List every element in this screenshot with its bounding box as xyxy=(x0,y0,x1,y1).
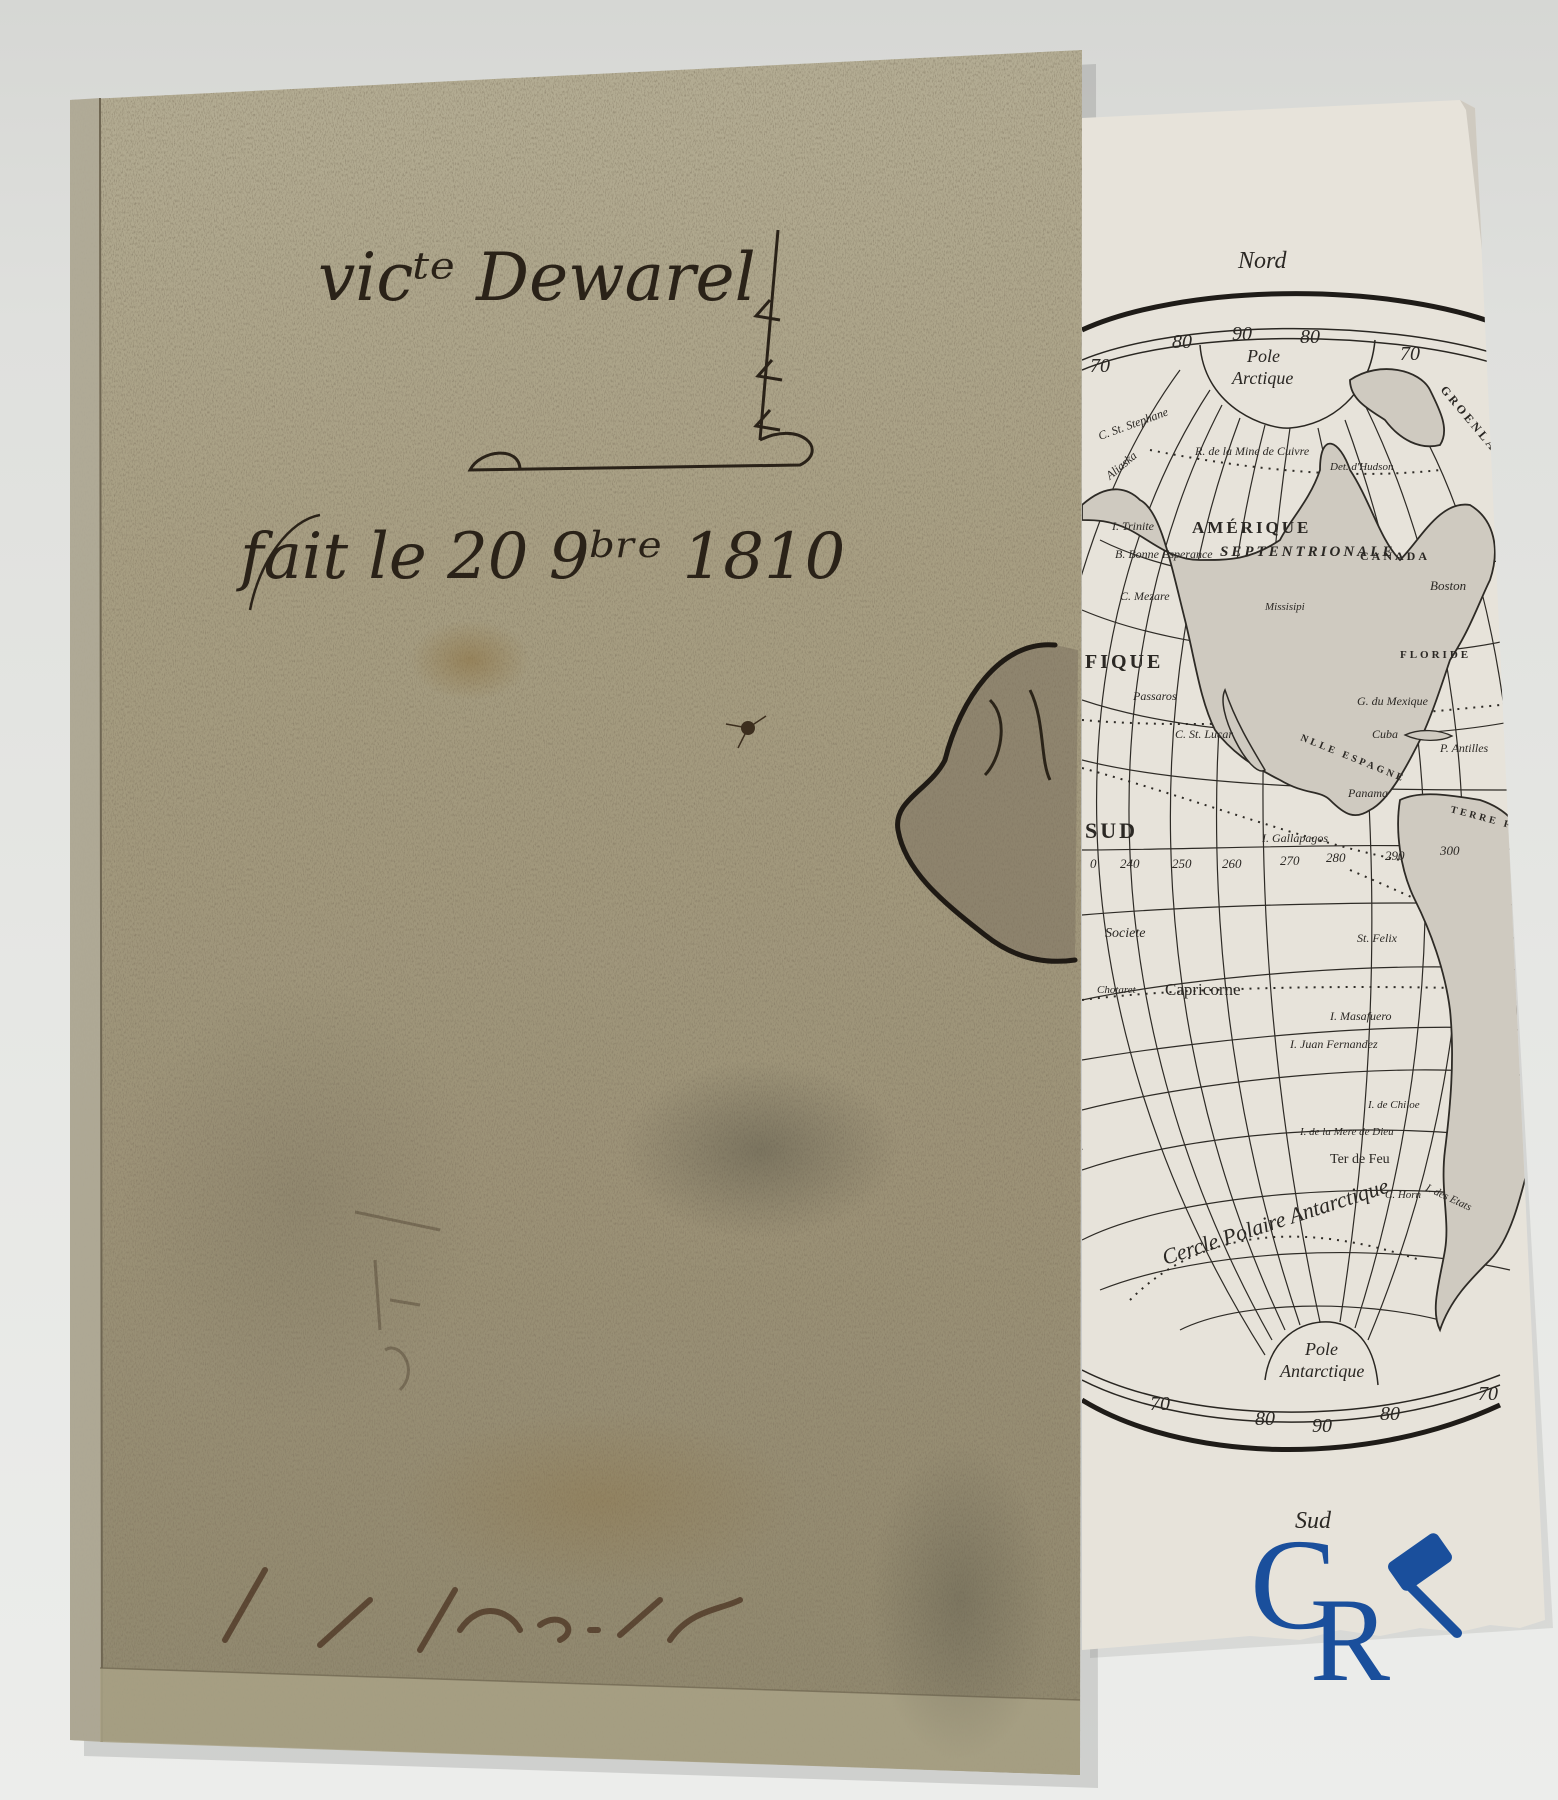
svg-text:G. du Mexique: G. du Mexique xyxy=(1357,694,1429,708)
auction-logo: C R xyxy=(1250,1520,1480,1700)
svg-text:70: 70 xyxy=(1400,343,1420,365)
svg-text:Capricorne: Capricorne xyxy=(1165,980,1241,999)
svg-text:Panama: Panama xyxy=(1347,786,1388,800)
svg-text:Passaros: Passaros xyxy=(1132,689,1177,703)
svg-text:Pole: Pole xyxy=(1246,346,1280,366)
svg-text:80: 80 xyxy=(1172,331,1192,353)
gavel-icon xyxy=(1386,1531,1464,1640)
svg-text:260: 260 xyxy=(1222,856,1242,871)
svg-text:Antarctique: Antarctique xyxy=(1279,1361,1364,1381)
svg-text:280: 280 xyxy=(1326,850,1346,865)
svg-text:R. de la Mine de Cuivre: R. de la Mine de Cuivre xyxy=(1194,444,1310,458)
svg-text:B. Bonne Esperance: B. Bonne Esperance xyxy=(1115,547,1213,561)
svg-text:C. St. Lucar: C. St. Lucar xyxy=(1175,727,1233,741)
svg-text:P. Antilles: P. Antilles xyxy=(1439,741,1489,755)
svg-text:FLORIDE: FLORIDE xyxy=(1400,649,1471,661)
svg-text:70: 70 xyxy=(1090,355,1110,377)
svg-text:240: 240 xyxy=(1120,856,1140,871)
svg-text:300: 300 xyxy=(1439,843,1460,858)
svg-text:80: 80 xyxy=(1380,1403,1400,1425)
svg-text:0: 0 xyxy=(1090,856,1097,871)
svg-text:290: 290 xyxy=(1385,848,1405,863)
svg-text:I. Masafuero: I. Masafuero xyxy=(1329,1009,1392,1023)
svg-text:Cuba: Cuba xyxy=(1372,727,1398,741)
svg-text:Ter de Feu: Ter de Feu xyxy=(1330,1152,1390,1167)
svg-text:FIQUE: FIQUE xyxy=(1085,651,1163,673)
svg-text:Chotaret: Chotaret xyxy=(1097,984,1137,996)
svg-text:C. Horn: C. Horn xyxy=(1385,1189,1422,1201)
svg-text:270: 270 xyxy=(1280,853,1300,868)
svg-text:SUD: SUD xyxy=(1085,818,1138,843)
svg-text:CANADA: CANADA xyxy=(1360,549,1430,563)
svg-text:I. de la Mere de Dieu: I. de la Mere de Dieu xyxy=(1299,1126,1394,1138)
svg-text:70: 70 xyxy=(1478,1383,1498,1405)
svg-text:80: 80 xyxy=(1255,1408,1275,1430)
svg-text:I. Trinite: I. Trinite xyxy=(1111,519,1155,533)
svg-text:70: 70 xyxy=(1150,1393,1170,1415)
svg-text:250: 250 xyxy=(1172,856,1192,871)
svg-text:80: 80 xyxy=(1300,326,1320,348)
svg-text:Missisipi: Missisipi xyxy=(1264,601,1305,613)
svg-text:I. de Chiloe: I. de Chiloe xyxy=(1367,1099,1420,1111)
svg-text:Nord: Nord xyxy=(1237,248,1287,274)
svg-text:I. Gallapagos: I. Gallapagos xyxy=(1261,831,1328,845)
svg-text:I. Juan Fernandez: I. Juan Fernandez xyxy=(1289,1037,1378,1051)
svg-text:St. Felix: St. Felix xyxy=(1357,931,1398,945)
svg-text:Arctique: Arctique xyxy=(1231,368,1293,388)
svg-text:C. Mezare: C. Mezare xyxy=(1120,589,1170,603)
svg-text:Societe: Societe xyxy=(1105,926,1145,941)
svg-text:Det. d'Hudson: Det. d'Hudson xyxy=(1329,461,1394,473)
svg-text:90: 90 xyxy=(1232,323,1252,345)
svg-text:AMÉRIQUE: AMÉRIQUE xyxy=(1192,518,1311,537)
svg-text:90: 90 xyxy=(1312,1415,1332,1437)
svg-text:Boston: Boston xyxy=(1430,578,1466,593)
svg-text:Pole: Pole xyxy=(1304,1339,1338,1359)
logo-letter-r: R xyxy=(1310,1573,1390,1700)
